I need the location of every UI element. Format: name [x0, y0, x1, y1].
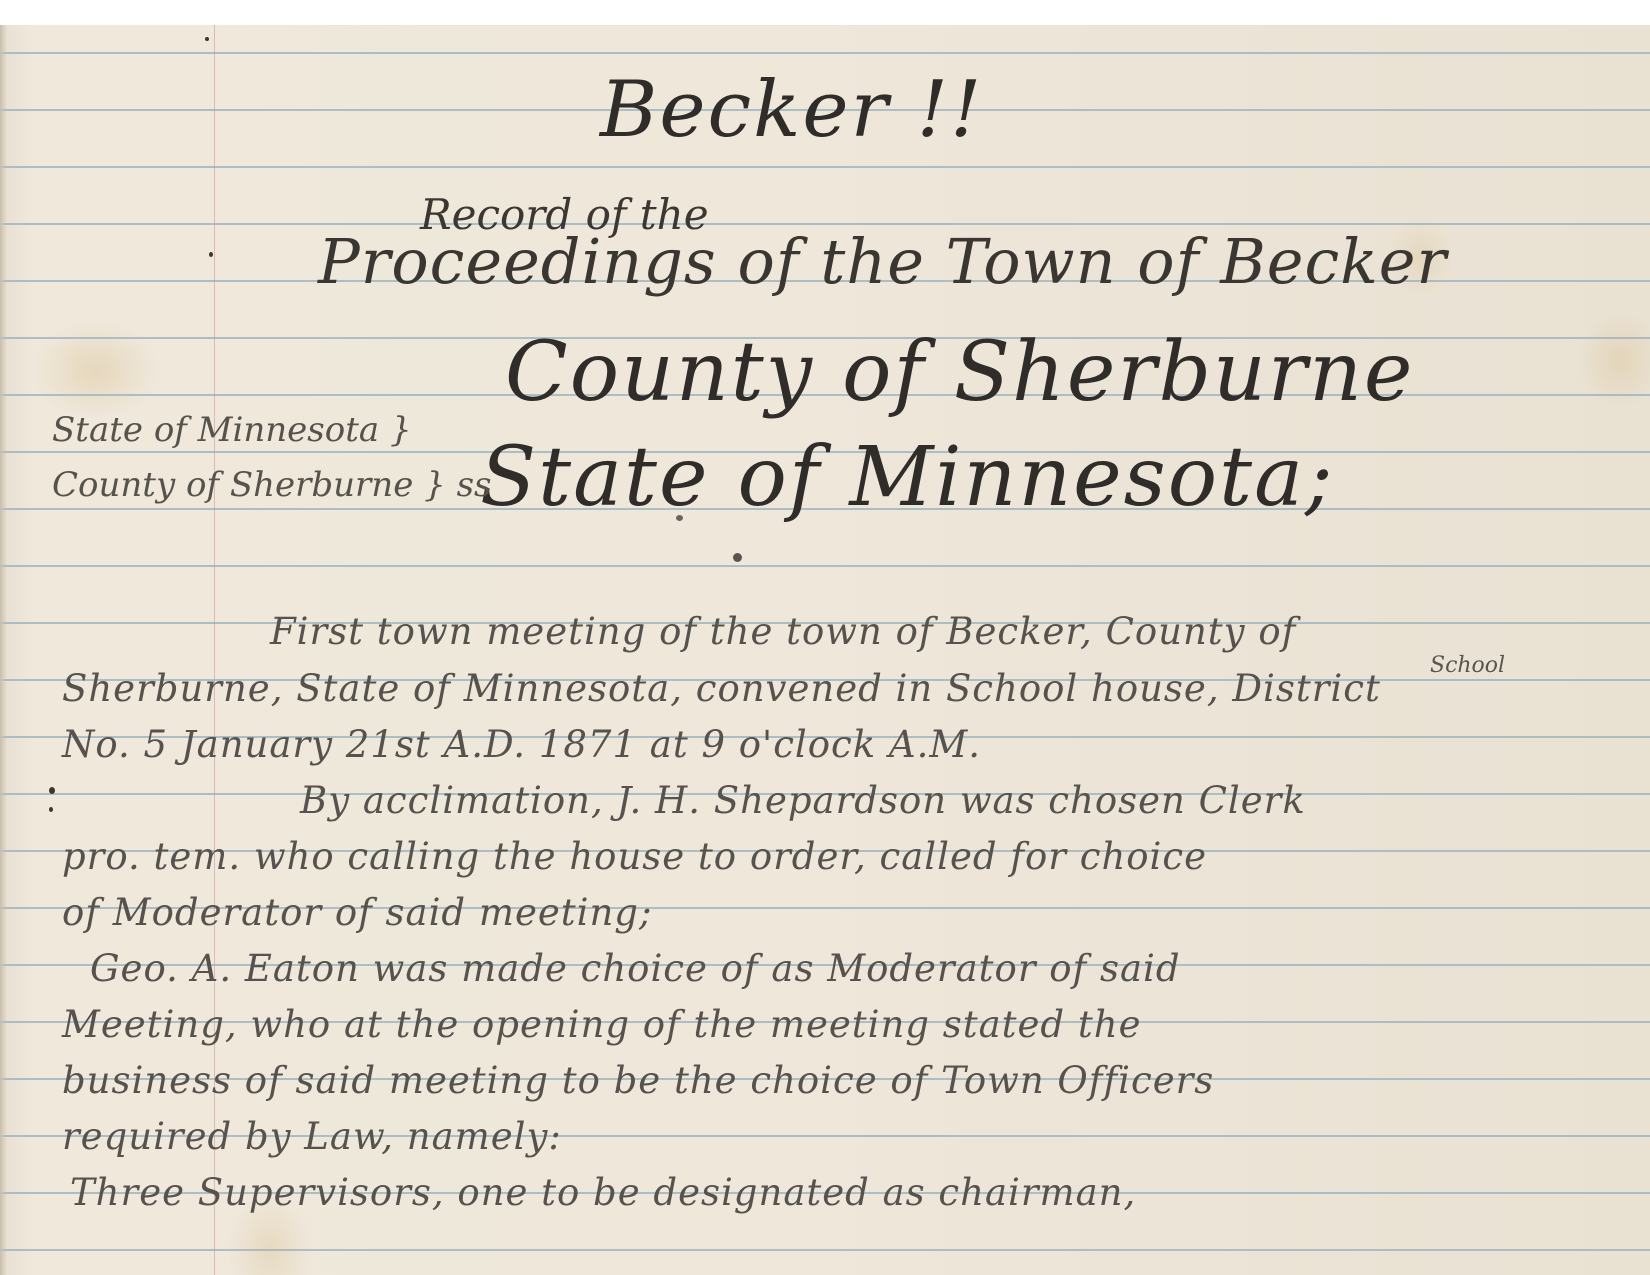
ink-dot	[49, 787, 55, 794]
ledger-page: Becker !! Record of the Proceedings of t…	[0, 25, 1650, 1275]
body-line: Three Supervisors, one to be designated …	[70, 1171, 1136, 1214]
body-line: of Moderator of said meeting;	[62, 891, 652, 934]
body-line: By acclimation, J. H. Shepardson was cho…	[300, 779, 1306, 822]
margin-note-state: State of Minnesota }	[52, 410, 412, 450]
body-line: pro. tem. who calling the house to order…	[62, 835, 1207, 878]
body-line: Meeting, who at the opening of the meeti…	[62, 1003, 1141, 1046]
heading-county: County of Sherburne	[505, 325, 1414, 420]
ink-dot	[209, 252, 213, 257]
ink-dot	[205, 37, 209, 41]
page-binding-edge	[0, 25, 7, 1275]
body-line: Geo. A. Eaton was made choice of as Mode…	[90, 947, 1181, 990]
ink-dot	[49, 807, 53, 812]
body-line: business of said meeting to be the choic…	[62, 1059, 1214, 1102]
heading-state: State of Minnesota;	[480, 430, 1335, 525]
body-line: No. 5 January 21st A.D. 1871 at 9 o'cloc…	[62, 723, 981, 766]
interlinear-insertion: School	[1430, 653, 1505, 678]
heading-proceedings: Proceedings of the Town of Becker	[318, 225, 1447, 298]
ink-dot	[733, 553, 742, 562]
body-line: Sherburne, State of Minnesota, convened …	[62, 667, 1381, 710]
margin-note-county: County of Sherburne } ss	[52, 465, 491, 505]
body-line: required by Law, namely:	[62, 1115, 562, 1158]
heading-town-name: Becker !!	[600, 65, 983, 155]
body-line: First town meeting of the town of Becker…	[270, 610, 1296, 653]
